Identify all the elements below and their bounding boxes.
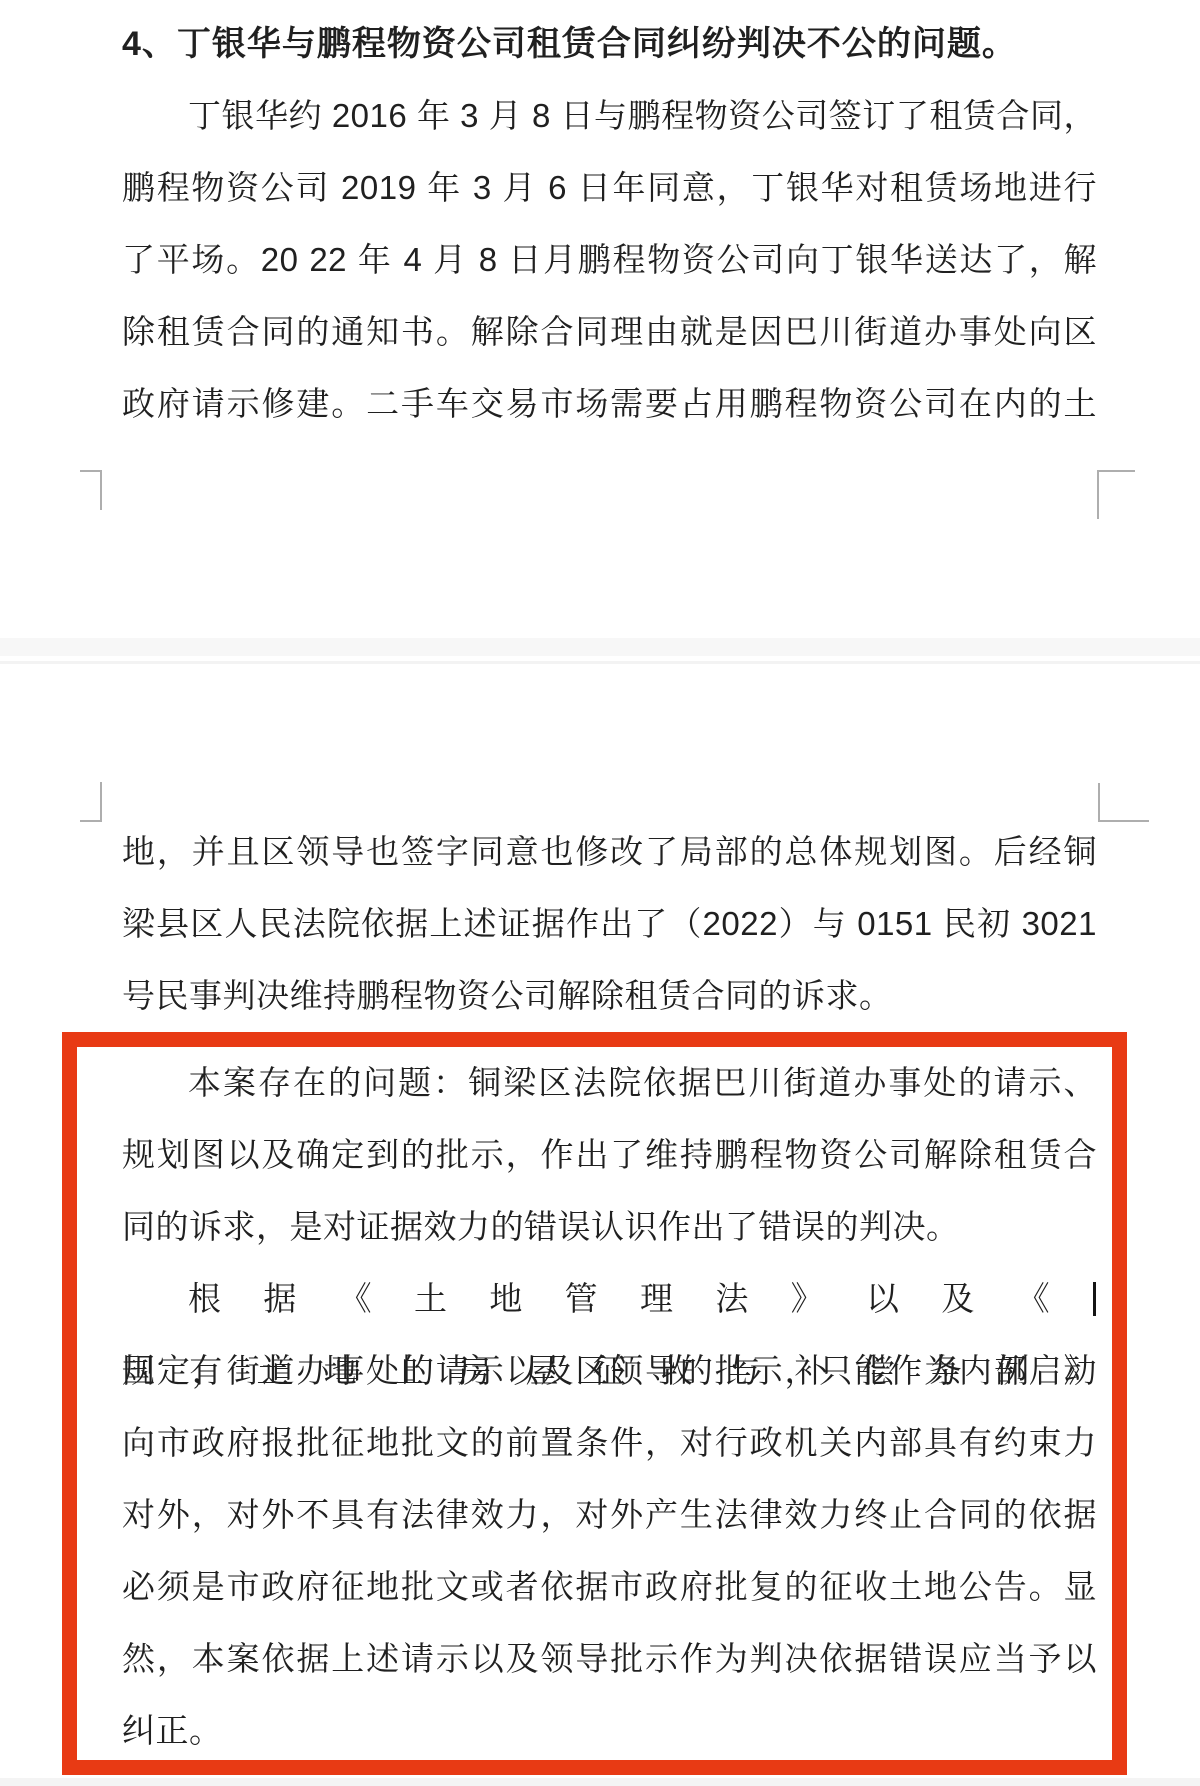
text-line[interactable]: 规划图以及确定到的批示，作出了维持鹏程物资公司解除租赁合	[122, 1119, 1097, 1191]
text-line-with-cursor[interactable]: 根据《土地管理法》以及《国有土地上房屋征收与补偿条例》	[122, 1263, 1097, 1335]
text-before-cursor: 根据《土地管理法》以及《	[188, 1280, 1092, 1317]
text-boundary-mark-top-left	[80, 782, 102, 822]
text-line[interactable]: 向市政府报批征地批文的前置条件，对行政机关内部具有约束力	[122, 1407, 1097, 1479]
text-boundary-mark-bottom-right	[1097, 470, 1135, 519]
text-line[interactable]: 规定，街道办事处的请示以及区领导的批示，只能作为内部启动	[122, 1335, 1097, 1407]
page1-text: 4、丁银华与鹏程物资公司租赁合同纠纷判决不公的问题。 丁银华约 2016 年 3…	[122, 8, 1097, 440]
text-line[interactable]: 鹏程物资公司 2019 年 3 月 6 日年同意，丁银华对租赁场地进行	[122, 152, 1097, 224]
text-line[interactable]: 本案存在的问题：铜梁区法院依据巴川街道办事处的请示、	[122, 1047, 1097, 1119]
text-line[interactable]: 丁银华约 2016 年 3 月 8 日与鹏程物资公司签订了租赁合同，	[122, 80, 1097, 152]
document-canvas: 4、丁银华与鹏程物资公司租赁合同纠纷判决不公的问题。 丁银华约 2016 年 3…	[0, 0, 1200, 1786]
text-line[interactable]: 地，并且区领导也签字同意也修改了局部的总体规划图。后经铜	[122, 816, 1097, 888]
section-heading[interactable]: 4、丁银华与鹏程物资公司租赁合同纠纷判决不公的问题。	[122, 8, 1097, 80]
highlight-text: 本案存在的问题：铜梁区法院依据巴川街道办事处的请示、 规划图以及确定到的批示，作…	[122, 1047, 1097, 1767]
text-line[interactable]: 除租赁合同的通知书。解除合同理由就是因巴川街道办事处向区	[122, 296, 1097, 368]
text-line[interactable]: 同的诉求，是对证据效力的错误认识作出了错误的判决。	[122, 1191, 1097, 1263]
page-separator-line	[0, 661, 1200, 664]
text-line[interactable]: 梁县区人民法院依据上述证据作出了（2022）与 0151 民初 3021	[122, 888, 1097, 960]
text-line[interactable]: 对外，对外不具有法律效力，对外产生法律效力终止合同的依据	[122, 1479, 1097, 1551]
text-cursor	[1093, 1282, 1096, 1316]
bottom-page-gap	[0, 1778, 1200, 1786]
text-boundary-mark-top-right	[1098, 783, 1149, 822]
text-line[interactable]: 必须是市政府征地批文或者依据市政府批复的征收土地公告。显	[122, 1551, 1097, 1623]
text-line[interactable]: 纠正。	[122, 1695, 1097, 1767]
text-line[interactable]: 了平场。20 22 年 4 月 8 日月鹏程物资公司向丁银华送达了，解	[122, 224, 1097, 296]
page2-text: 地，并且区领导也签字同意也修改了局部的总体规划图。后经铜 梁县区人民法院依据上述…	[122, 816, 1097, 1032]
text-boundary-mark-bottom-left	[80, 470, 102, 510]
text-line[interactable]: 号民事判决维持鹏程物资公司解除租赁合同的诉求。	[122, 960, 1097, 1032]
text-line[interactable]: 政府请示修建。二手车交易市场需要占用鹏程物资公司在内的土	[122, 368, 1097, 440]
page-separator	[0, 638, 1200, 656]
highlight-box: 本案存在的问题：铜梁区法院依据巴川街道办事处的请示、 规划图以及确定到的批示，作…	[62, 1032, 1127, 1775]
text-line[interactable]: 然，本案依据上述请示以及领导批示作为判决依据错误应当予以	[122, 1623, 1097, 1695]
